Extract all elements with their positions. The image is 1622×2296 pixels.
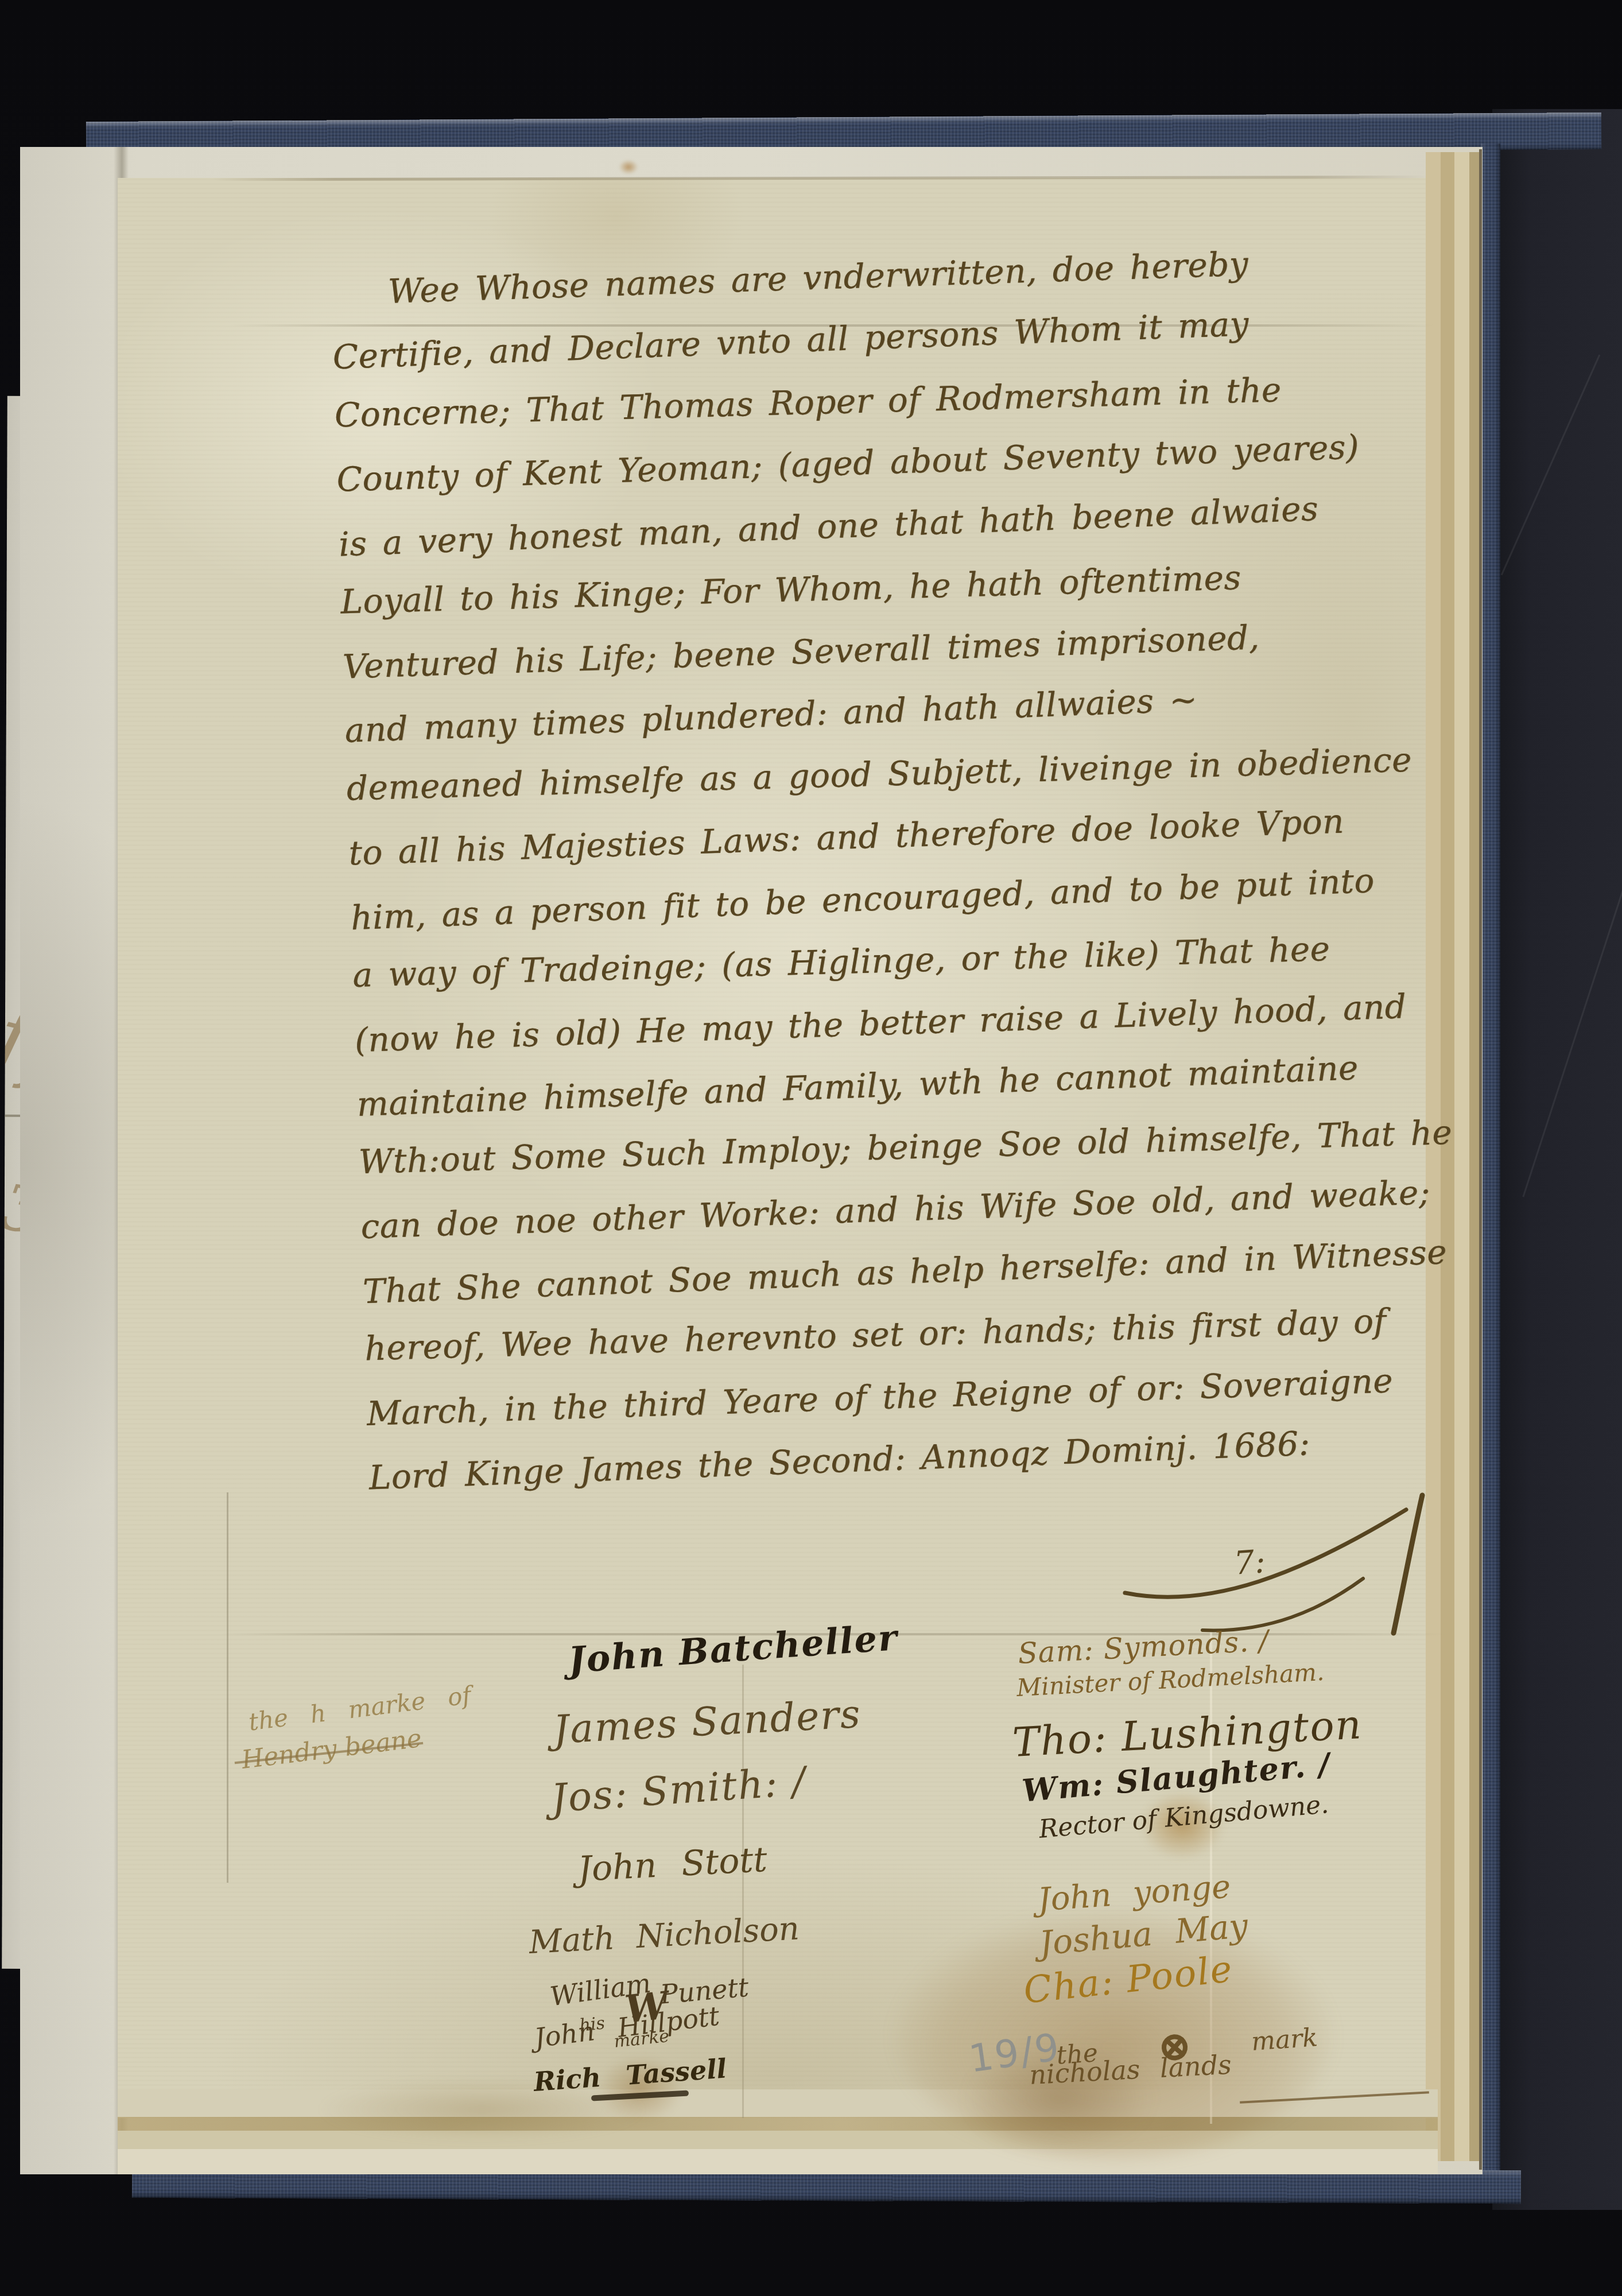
mark-word-mark: mark	[1251, 2023, 1319, 2057]
manuscript-line: Wth:out Some Such Imploy; beinge Soe old…	[358, 1113, 1453, 1182]
binding-cloth-right	[1481, 143, 1500, 2178]
background-surface	[1492, 109, 1622, 2210]
docket-number: 7:	[1233, 1543, 1267, 1583]
manuscript-line: him, as a person fit to be encouraged, a…	[350, 861, 1375, 937]
manuscript-line: demeaned himselfe as a good Subjett, liv…	[346, 740, 1413, 808]
manuscript-line: and many times plundered: and hath allwa…	[344, 680, 1198, 750]
manuscript-line: maintaine himselfe and Family, wth he ca…	[356, 1048, 1359, 1124]
manuscript-line: Concerne; That Thomas Roper of Rodmersha…	[334, 370, 1282, 435]
manuscript-line: (now he is old) He may the better raise …	[354, 987, 1407, 1060]
page-edge-shadow	[1479, 149, 1482, 2170]
manuscript-line: can doe noe other Worke: and his Wife So…	[360, 1173, 1431, 1246]
manuscript-line: That She cannot Soe much as help herself…	[362, 1232, 1448, 1311]
foxing-spot	[619, 160, 638, 174]
manuscript-line: March, in the third Yeare of the Reigne …	[366, 1361, 1394, 1433]
deckled-page-edges	[1441, 152, 1456, 2161]
photograph-canvas: ſſ ʒ Wee Whose names are vnderwritten, d…	[0, 0, 1622, 2296]
manuscript-line: is a very honest man, and one that hath …	[338, 489, 1319, 564]
manuscript-text: Wee Whose names are vnderwritten, doe he…	[313, 239, 1445, 1594]
deckled-page-edges	[1454, 152, 1470, 2161]
bottom-leaf-edges	[118, 2149, 1438, 2174]
sheet-fold-line	[227, 1492, 228, 1883]
manuscript-line: Certifie, and Declare vnto all persons W…	[332, 304, 1250, 377]
manuscript-line: hereof, Wee have herevnto set or: hands;…	[364, 1301, 1387, 1368]
manuscript-line: Ventured his Life; beene Severall times …	[342, 618, 1260, 687]
manuscript-line: a way of Tradeinge; (as Higlinge, or the…	[352, 929, 1331, 995]
manuscript-line: to all his Majesties Laws: and therefore…	[348, 802, 1344, 873]
manuscript-line: Loyall to his Kinge; For Whom, he hath o…	[340, 558, 1242, 621]
manuscript-line: County of Kent Yeoman; (aged about Seven…	[336, 427, 1360, 499]
